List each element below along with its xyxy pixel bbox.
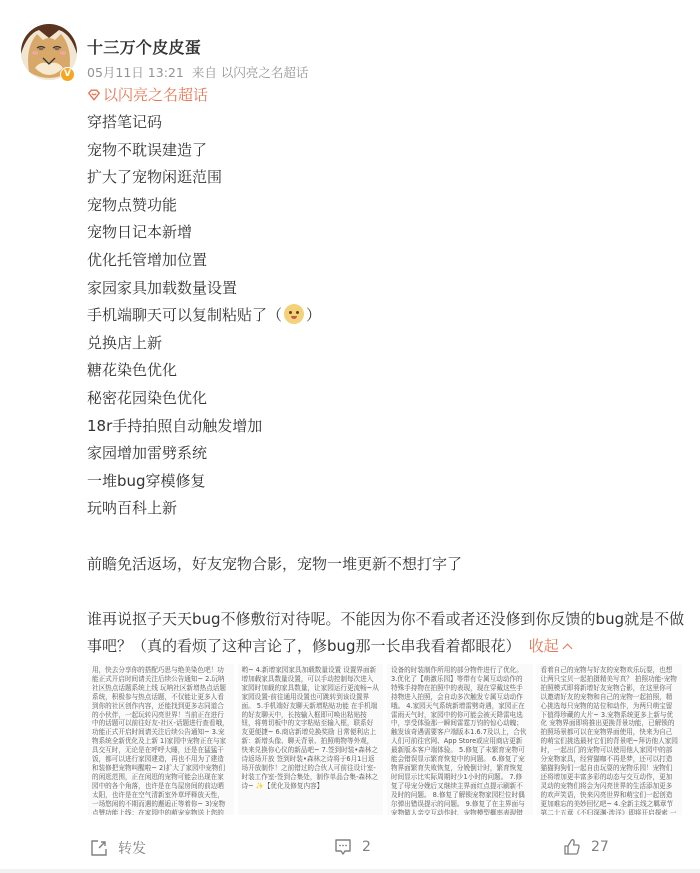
super-topic-link[interactable]: 以闪亮之名超话 [87, 84, 208, 105]
image-thumbnail[interactable]: 看着自己的宠物与好友的宠物欢乐玩耍，也想让两只宝贝一起拍摄精美写真？ 拍照功能-… [537, 664, 683, 815]
post-date[interactable]: 05月11日 13:21 [87, 65, 184, 80]
content-line: 宠物点赞功能 [87, 192, 687, 220]
comment-icon [334, 838, 352, 856]
doge-emoji-icon [284, 304, 304, 324]
verified-badge-icon: V [60, 67, 75, 82]
divider [0, 869, 700, 873]
content-line: 手机端聊天可以复制粘贴了（） [87, 302, 687, 330]
comment-button[interactable]: 2 [334, 838, 371, 856]
thumbs-up-icon [563, 838, 581, 856]
post-source[interactable]: 以闪亮之名超话 [221, 65, 309, 80]
image-text: 哟~ 4.新增家园家具加载数量设置 设置界面新增加载家具数量设置，可以手动控制每… [242, 666, 380, 791]
super-topic-label: 以闪亮之名超话 [103, 84, 208, 105]
action-bar: 转发 2 27 [0, 826, 700, 870]
comment-count: 2 [362, 839, 371, 855]
post-content: 穿搭笔记码 宠物不耽误建造了 扩大了宠物闲逛范围 宠物点赞功能 宠物日记本新增 … [87, 109, 687, 661]
like-button[interactable]: 27 [563, 838, 609, 856]
content-line: 扩大了宠物闲逛范围 [87, 164, 687, 192]
content-line: 糖花染色优化 [87, 357, 687, 385]
content-line: 家园增加雷劈系统 [87, 440, 687, 468]
image-thumbnail[interactable]: 哟~ 4.新增家园家具加载数量设置 设置界面新增加载家具数量设置，可以手动控制每… [238, 664, 384, 815]
content-line: 穿搭笔记码 [87, 109, 687, 137]
content-text: ） [306, 306, 321, 324]
image-thumbnail[interactable]: 设备的时装制作所用的部分物件进行了优化。 3.优化了【萌激乐园】等带有专属互动动… [387, 664, 533, 815]
post-meta: 05月11日 13:21来自以闪亮之名超话 [87, 63, 316, 81]
content-line: 宠物不耽误建造了 [87, 137, 687, 165]
author-name[interactable]: 十三万个皮皮蛋 [87, 35, 201, 58]
repost-icon [90, 839, 108, 857]
image-text: 设备的时装制作所用的部分物件进行了优化。 3.优化了【萌激乐园】等带有专属互动动… [391, 666, 529, 815]
content-line: 家园家具加载数量设置 [87, 275, 687, 303]
spacer [87, 578, 687, 606]
collapse-button[interactable]: 收起 [529, 637, 571, 655]
content-paragraph: 前瞻免活返场，好友宠物合影，宠物一堆更新不想打字了 [87, 551, 687, 579]
image-gallery: 用，快去分享你的搭配巧思与绝美染色吧！功能正式开启时间请关注后续公告通知~ 2.… [88, 664, 682, 815]
image-text: 用，快去分享你的搭配巧思与绝美染色吧！功能正式开启时间请关注后续公告通知~ 2.… [92, 666, 230, 815]
chevron-up-icon [562, 644, 572, 654]
content-paragraph: 谁再说抠子天天bug不修敷衍对待呢。不能因为你不看或者还没修到你反馈的bug就是… [87, 606, 687, 661]
source-prefix: 来自 [192, 65, 217, 80]
content-line: 宠物日记本新增 [87, 219, 687, 247]
like-count: 27 [591, 839, 609, 855]
content-line: 兑换店上新 [87, 330, 687, 358]
image-thumbnail[interactable]: 用，快去分享你的搭配巧思与绝美染色吧！功能正式开启时间请关注后续公告通知~ 2.… [88, 664, 234, 815]
content-line: 玩呐百科上新 [87, 495, 687, 523]
content-text: 手机端聊天可以复制粘贴了（ [87, 306, 282, 324]
content-line: 优化托管增加位置 [87, 247, 687, 275]
super-topic-icon [87, 88, 101, 102]
spacer [87, 523, 687, 551]
content-line: 一堆bug穿模修复 [87, 468, 687, 496]
post-header: V 十三万个皮皮蛋 05月11日 13:21来自以闪亮之名超话 以闪亮之名超话 [0, 0, 700, 110]
image-text: 看着自己的宠物与好友的宠物欢乐玩耍，也想让两只宝贝一起拍摄精美写真？ 拍照功能-… [541, 666, 679, 815]
content-line: 秘密花园染色优化 [87, 385, 687, 413]
repost-label: 转发 [118, 838, 146, 858]
repost-button[interactable]: 转发 [90, 838, 146, 858]
content-text: 谁再说抠子天天bug不修敷衍对待呢。不能因为你不看或者还没修到你反馈的bug就是… [87, 610, 684, 656]
content-line: 18r手持拍照自动触发增加 [87, 413, 687, 441]
collapse-label: 收起 [529, 637, 559, 655]
